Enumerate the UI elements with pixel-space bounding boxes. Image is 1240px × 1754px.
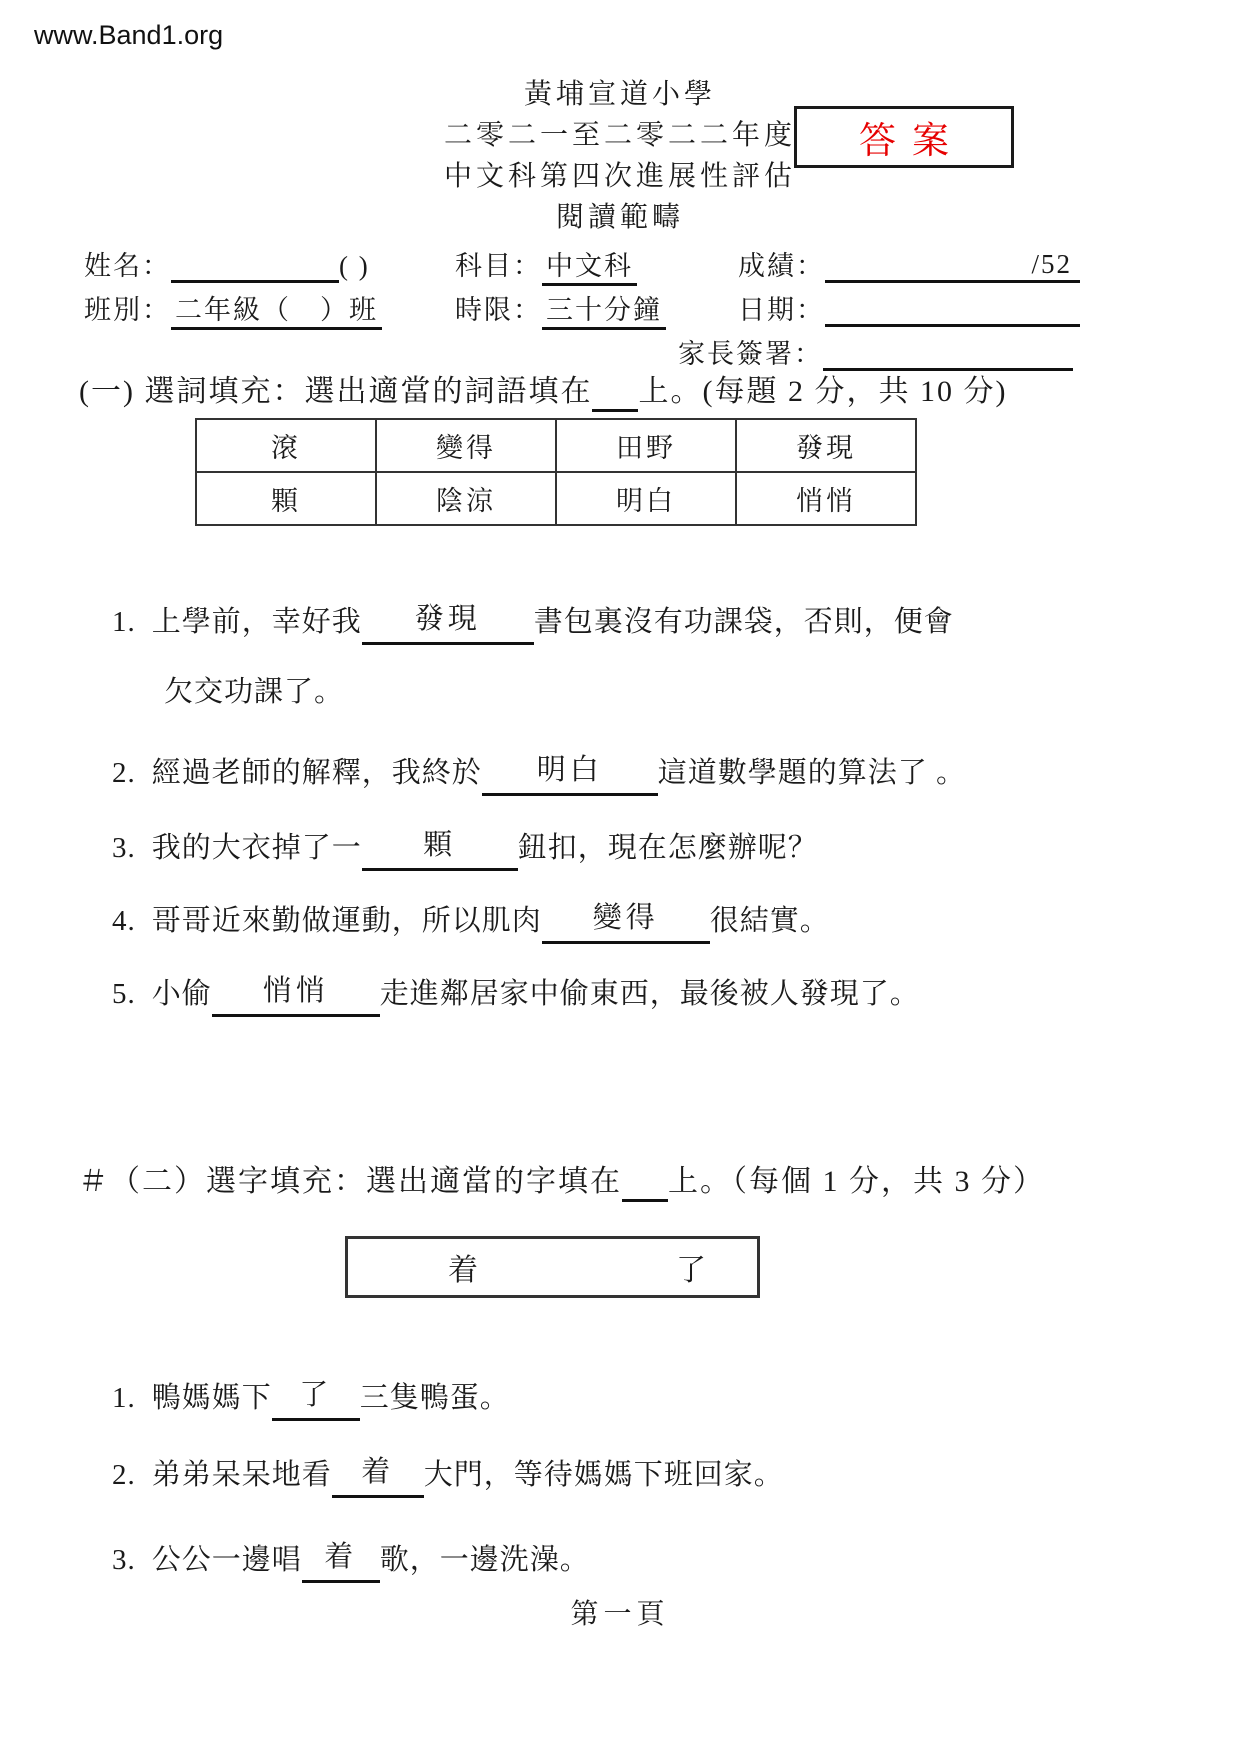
exam-title: 中文科第四次進展性評估: [0, 156, 1240, 197]
section2-title-pre: ＃（二）選字填充：選出適當的字填在: [78, 1165, 622, 1198]
question-number: 4.: [112, 898, 136, 944]
word-bank-cell: 滾: [196, 419, 376, 472]
word-bank-cell: 悄悄: [736, 472, 916, 525]
question-number: 3.: [112, 825, 136, 871]
section1-title: (一) 選詞填充：選出適當的詞語填在 上。(每題 2 分，共 10 分): [79, 366, 1007, 412]
score-label: 成績：: [738, 251, 825, 281]
word-bank-cell: 着: [448, 1245, 480, 1289]
question-number: 2.: [112, 750, 136, 796]
class-label: 班別：: [84, 295, 171, 325]
word-bank-cell: 變得: [376, 419, 556, 472]
section1-word-bank: 滾 變得 田野 發現 顆 陰涼 明白 悄悄: [195, 418, 917, 526]
word-bank-cell: 顆: [196, 472, 376, 525]
exam-scope: 閱讀範疇: [0, 197, 1240, 238]
question-text-pre: 上學前，幸好我: [152, 606, 362, 638]
answer-stamp-label: 答案: [859, 110, 965, 164]
word-bank-cell: 了: [676, 1245, 708, 1289]
class-field: 班別：二年級（ ）班: [84, 288, 382, 327]
question-continuation: 欠交功課了。: [112, 669, 1192, 715]
subject-field: 科目：中文科: [455, 244, 637, 283]
question-row: 1.鴨媽媽下了三隻鴨蛋。: [112, 1372, 1192, 1421]
word-bank-row: 滾 變得 田野 發現: [196, 419, 916, 472]
date-field: 日期：: [738, 288, 1080, 327]
word-bank-cell: 田野: [556, 419, 736, 472]
time-limit-field: 時限：三十分鐘: [455, 288, 666, 327]
subject-value: 中文科: [542, 251, 637, 286]
question-text-post: 走進鄰居家中偷東西，最後被人發現了。: [380, 978, 920, 1010]
section2-questions: 1.鴨媽媽下了三隻鴨蛋。 2.弟弟呆呆地看着大門，等待媽媽下班回家。 3.公公一…: [112, 1372, 1192, 1583]
name-blank: [171, 280, 339, 283]
answer-blank: 了: [272, 1372, 360, 1421]
date-label: 日期：: [738, 295, 825, 325]
question-text-post: 三隻鴨蛋。: [360, 1382, 510, 1414]
school-name: 黃埔宣道小學: [0, 74, 1240, 115]
section2-title-post: 上。（每個 1 分，共 3 分）: [668, 1165, 1045, 1198]
question-row: 4.哥哥近來勤做運動，所以肌肉變得很結實。: [112, 895, 1192, 944]
question-row: 3.公公一邊唱着歌，一邊洗澡。: [112, 1534, 1192, 1583]
word-bank-cell: 發現: [736, 419, 916, 472]
question-text-post: 很結實。: [710, 905, 830, 937]
answer-blank: 着: [332, 1449, 424, 1498]
answer-blank: 發現: [362, 596, 534, 645]
question-number: 5.: [112, 971, 136, 1017]
question-text-pre: 鴨媽媽下: [152, 1382, 272, 1414]
school-year: 二零二一至二零二二年度: [0, 115, 1240, 156]
question-number: 1.: [112, 599, 136, 645]
answer-stamp-box: 答案: [794, 106, 1014, 168]
question-row: 3.我的大衣掉了一顆鈕扣，現在怎麼辦呢？: [112, 822, 1192, 871]
question-row: 5.小偷悄悄走進鄰居家中偷東西，最後被人發現了。: [112, 968, 1192, 1017]
parent-signature-label: 家長簽署：: [678, 339, 823, 369]
question-row: 2.經過老師的解釋，我終於明白這道數學題的算法了 。: [112, 747, 1192, 796]
question-number: 2.: [112, 1452, 136, 1498]
section1-title-pre: (一) 選詞填充：選出適當的詞語填在: [79, 375, 592, 408]
site-watermark: www.Band1.org: [34, 20, 223, 51]
answer-blank: 顆: [362, 822, 518, 871]
answer-blank: 悄悄: [212, 968, 380, 1017]
question-number: 3.: [112, 1537, 136, 1583]
name-class-parens: ( ): [339, 251, 370, 281]
question-text-post: 書包裏沒有功課袋，否則，便會: [534, 606, 954, 638]
answer-blank: 着: [302, 1534, 380, 1583]
answer-blank: 明白: [482, 747, 658, 796]
section1-title-blank: [592, 375, 638, 412]
question-text-pre: 公公一邊唱: [152, 1544, 302, 1576]
section2-word-bank: 着 了: [345, 1236, 760, 1298]
time-limit-label: 時限：: [455, 295, 542, 325]
question-row: 2.弟弟呆呆地看着大門，等待媽媽下班回家。: [112, 1449, 1192, 1498]
exam-header: 黃埔宣道小學 二零二一至二零二二年度 中文科第四次進展性評估 閱讀範疇: [0, 74, 1240, 238]
question-text-pre: 小偷: [152, 978, 212, 1010]
name-field: 姓名：( ): [84, 244, 370, 283]
page-number: 第一頁: [0, 1592, 1240, 1632]
exam-paper-page: www.Band1.org 黃埔宣道小學 二零二一至二零二二年度 中文科第四次進…: [0, 0, 1240, 1754]
section2-title: ＃（二）選字填充：選出適當的字填在 上。（每個 1 分，共 3 分）: [78, 1156, 1045, 1202]
class-value: 二年級（ ）班: [171, 295, 382, 330]
question-text-post: 歌，一邊洗澡。: [380, 1544, 590, 1576]
section1-title-post: 上。(每題 2 分，共 10 分): [638, 375, 1007, 408]
question-text-pre: 弟弟呆呆地看: [152, 1459, 332, 1491]
date-blank: [825, 324, 1080, 327]
word-bank-cell: 陰涼: [376, 472, 556, 525]
question-row: 1.上學前，幸好我發現書包裏沒有功課袋，否則，便會: [112, 596, 1192, 645]
question-text-pre: 我的大衣掉了一: [152, 832, 362, 864]
score-field: 成績：/52: [738, 244, 1080, 283]
section1-questions: 1.上學前，幸好我發現書包裏沒有功課袋，否則，便會 欠交功課了。 2.經過老師的…: [112, 596, 1192, 1017]
question-text-post: 大門，等待媽媽下班回家。: [424, 1459, 784, 1491]
answer-blank: 變得: [542, 895, 710, 944]
score-blank: /52: [825, 249, 1080, 283]
question-text-post: 鈕扣，現在怎麼辦呢？: [518, 832, 818, 864]
word-bank-row: 顆 陰涼 明白 悄悄: [196, 472, 916, 525]
question-text-pre: 經過老師的解釋，我終於: [152, 757, 482, 789]
question-number: 1.: [112, 1375, 136, 1421]
time-limit-value: 三十分鐘: [542, 295, 666, 330]
subject-label: 科目：: [455, 251, 542, 281]
name-label: 姓名：: [84, 251, 171, 281]
section2-title-blank: [622, 1165, 668, 1202]
word-bank-cell: 明白: [556, 472, 736, 525]
question-text-post: 這道數學題的算法了 。: [658, 757, 966, 789]
question-text-pre: 哥哥近來勤做運動，所以肌肉: [152, 905, 542, 937]
